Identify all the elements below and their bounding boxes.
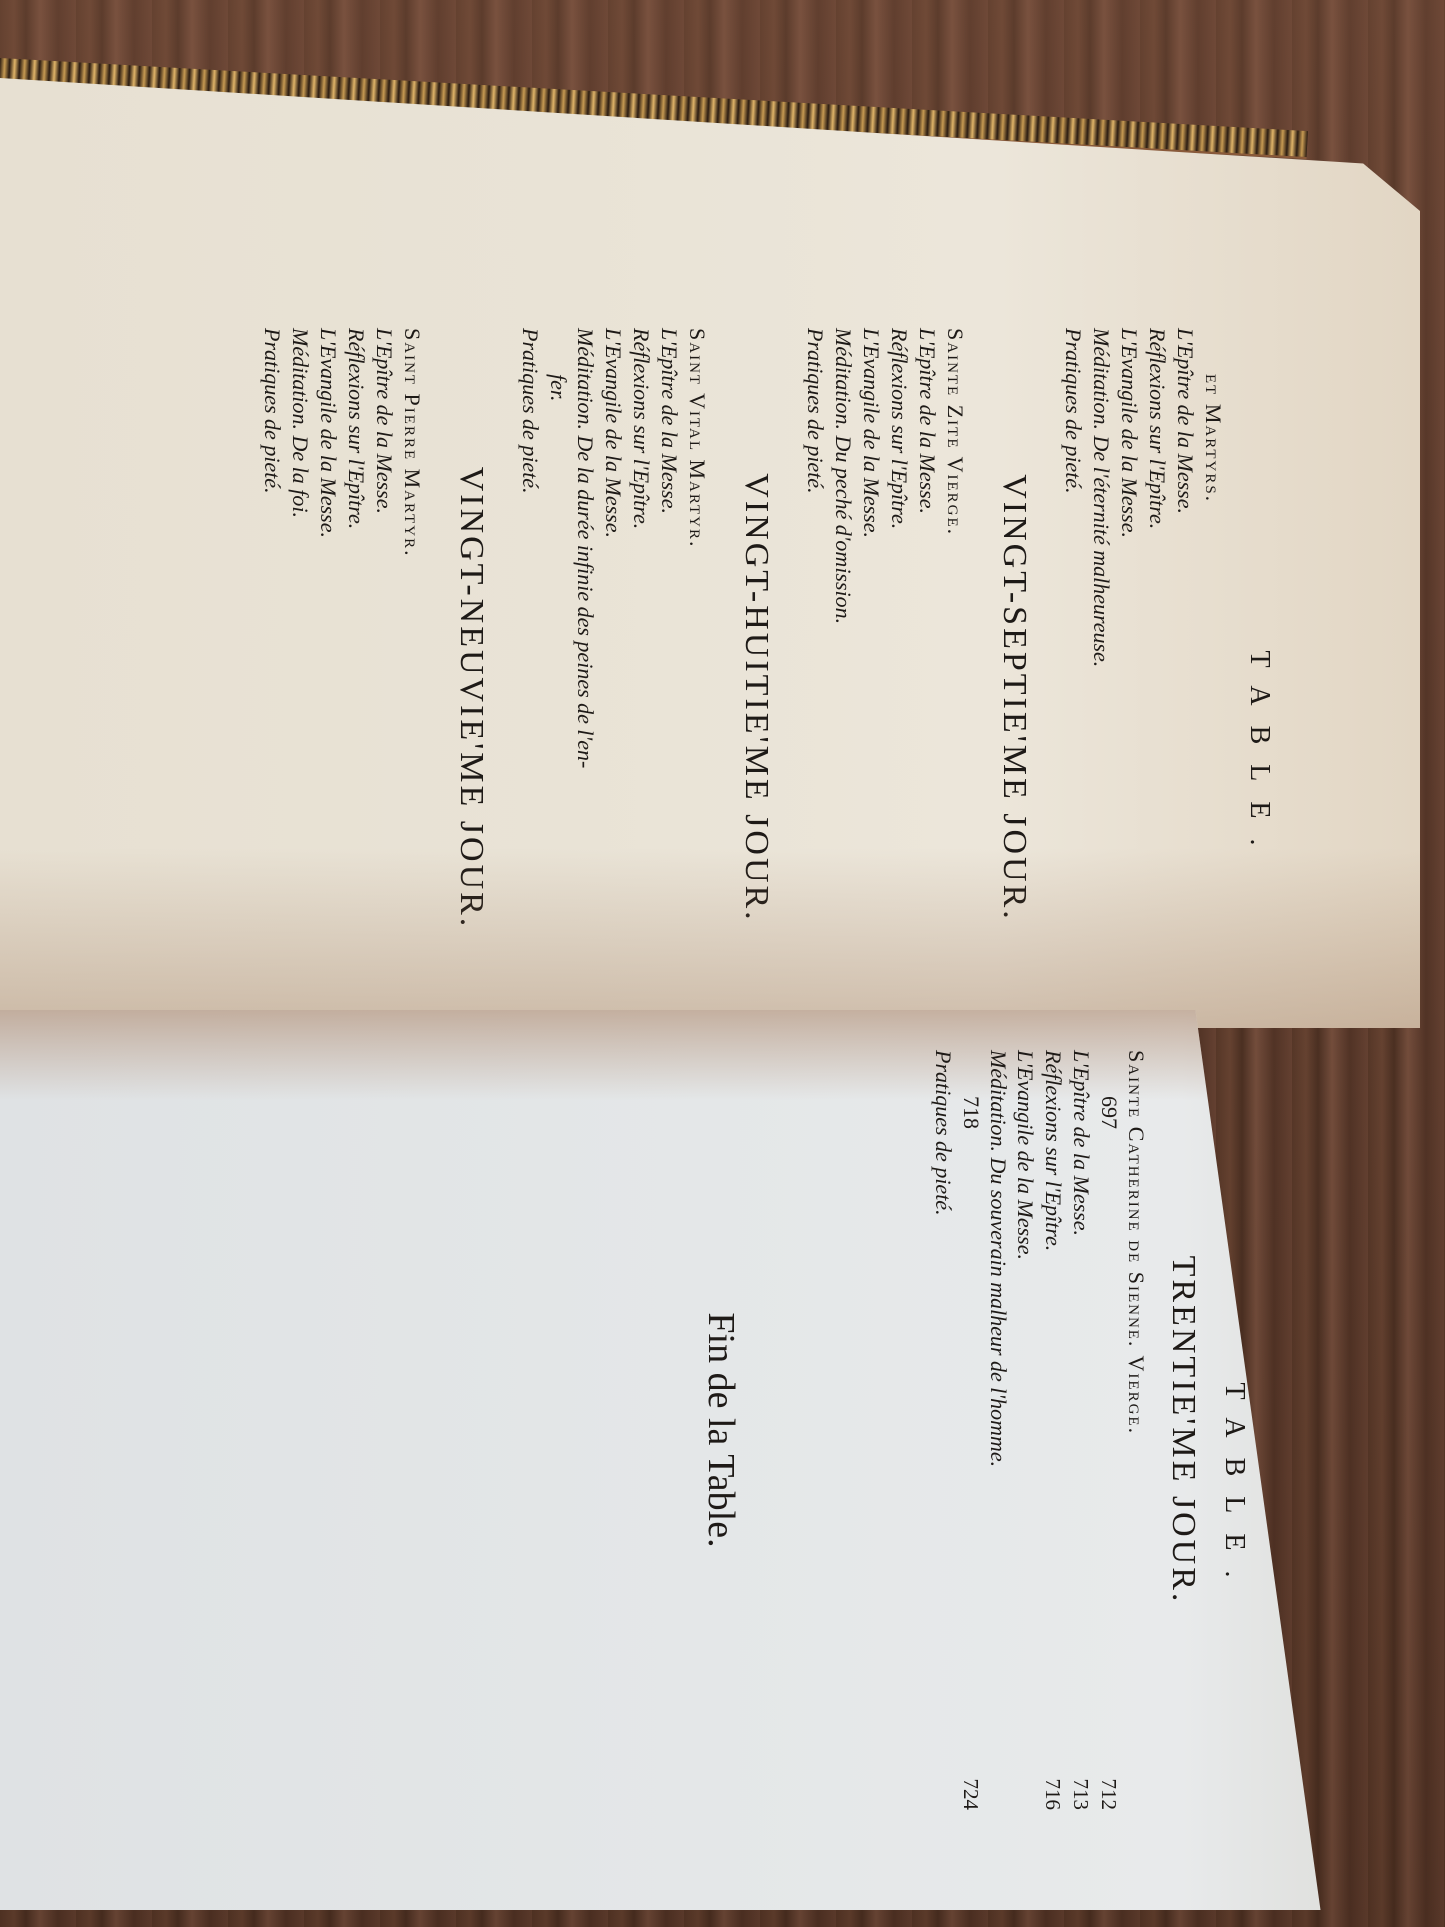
entry-row: Pratiques de pieté. 619 xyxy=(1059,328,1087,1028)
entry-label: Réflexions sur l'Epître. xyxy=(1144,328,1171,1008)
right-page: TABLE. TRENTIE'ME JOUR. Sainte Catherine… xyxy=(0,1010,1390,1910)
page-number: 713 xyxy=(1067,1750,1094,1810)
day-heading-28: VINGT-HUITIE'ME JOUR. xyxy=(737,328,775,1028)
section-title: et Martyrs. xyxy=(1200,328,1227,1008)
entry-label: Réflexions sur l'Epître. xyxy=(1040,1050,1067,1750)
fin-de-la-table: Fin de la Table. xyxy=(707,1312,734,1547)
section-day-28: Saint Vital Martyr. 649 L'Epître de la M… xyxy=(516,328,711,1028)
entry-label: L'Epître de la Messe. xyxy=(1068,1050,1095,1750)
section-day-30: Sainte Catherine de Sienne. Vierge. 697 … xyxy=(930,1050,1150,1810)
entry-row: Méditation. De l'éternité malheureuse. 6… xyxy=(1087,328,1115,1028)
entry-label: L'Epître de la Messe. xyxy=(914,328,941,1008)
entry-row: L'Epître de la Messe. 608 xyxy=(1171,328,1199,1028)
entry-label: Réflexions sur l'Epître. xyxy=(343,328,370,1008)
entry-row: Méditation. De la durée infinie des pein… xyxy=(572,328,599,1028)
entry-row: Réflexions sur l'Epître. 609 xyxy=(1143,328,1171,1028)
entry-label: L'Evangile de la Messe. xyxy=(315,328,342,1008)
section-day-29: Saint Pierre Martyr. 670 L'Epître de la … xyxy=(258,328,426,1028)
day-heading-29: VINGT-NEUVIE'ME JOUR. xyxy=(452,328,490,1028)
saint-name: Sainte Zite Vierge. xyxy=(942,328,969,1008)
day-heading-30: TRENTIE'ME JOUR. xyxy=(1164,1050,1202,1810)
entry-row: Méditation. De la foi. 688 xyxy=(286,328,314,1028)
entry-row: Pratiques de pieté. xyxy=(930,1050,957,1810)
entry-label: Méditation. Du peché d'omission. xyxy=(830,328,857,1008)
entry-label: Méditation. Du souverain malheur de l'ho… xyxy=(985,1050,1012,1750)
entry-row: L'Epître de la Messe. 713 xyxy=(1067,1050,1095,1810)
entry-row: L'Epître de la Messe. 655 xyxy=(655,328,683,1028)
entry-row: L'Evangile de la Messe. xyxy=(1012,1050,1039,1810)
entry-row: Saint Pierre Martyr. 670 xyxy=(398,328,426,1028)
entry-label: Réflexions sur l'Epître. xyxy=(628,328,655,1008)
entry-label: Pratiques de pieté. xyxy=(517,328,544,1008)
saint-name: Sainte Catherine de Sienne. Vierge. xyxy=(1123,1050,1150,1750)
entry-label: Pratiques de pieté. xyxy=(259,328,286,1008)
entry-label: fer. xyxy=(545,328,572,1008)
running-head-left: TABLE. xyxy=(1243,448,1275,1028)
section-day-27: Sainte Zite Vierge. 623 L'Epître de la M… xyxy=(801,328,969,1028)
entry-label: L'Evangile de la Messe. xyxy=(600,328,627,1008)
entry-row: Réflexions sur l'Epître. 657 xyxy=(627,328,655,1028)
entry-row: Saint Vital Martyr. 649 xyxy=(683,328,711,1028)
left-page: TABLE. et Martyrs. 606 L'Epître de la Me… xyxy=(0,78,1420,1028)
page-number: 712 xyxy=(1095,1750,1122,1810)
entry-label: Méditation. De la durée infinie des pein… xyxy=(572,328,599,1008)
entry-row: L'Epître de la Messe. 635 xyxy=(913,328,941,1028)
entry-label: Pratiques de pieté. xyxy=(930,1050,957,1750)
entry-row: L'Evangile de la Messe. 638 xyxy=(857,328,885,1028)
entry-row: fer. 661 xyxy=(544,328,572,1028)
entry-row: 718 724 xyxy=(957,1050,985,1810)
entry-label: L'Evangile de la Messe. xyxy=(1012,1050,1039,1750)
page-number: 716 xyxy=(1039,1750,1066,1810)
saint-name: Saint Pierre Martyr. xyxy=(399,328,426,1008)
entry-row: Réflexions sur l'Epître. 636 xyxy=(885,328,913,1028)
entry-row: Méditation. Du peché d'omission. 640 xyxy=(829,328,857,1028)
entry-row: L'Evangile de la Messe. 687 xyxy=(314,328,342,1028)
entry-label: L'Evangile de la Messe. xyxy=(858,328,885,1008)
day-heading-27: VINGT-SEPTIE'ME JOUR. xyxy=(995,328,1033,1028)
page-number: 724 xyxy=(957,1750,984,1810)
entry-row: L'Evangile de la Messe. 612 xyxy=(1115,328,1143,1028)
entry-label: Réflexions sur l'Epître. xyxy=(886,328,913,1008)
entry-row: L'Evangile de la Messe. 659 xyxy=(599,328,627,1028)
right-page-text-frame: TABLE. TRENTIE'ME JOUR. Sainte Catherine… xyxy=(630,1050,1250,1810)
entry-row: Réflexions sur l'Epître. 684 xyxy=(342,328,370,1028)
entry-row: 697 712 xyxy=(1095,1050,1123,1810)
entry-row: L'Epître de la Messe. 682 xyxy=(370,328,398,1028)
entry-row: Pratiques de pieté. 646 xyxy=(801,328,829,1028)
entry-label: Méditation. De l'éternité malheureuse. xyxy=(1088,328,1115,1008)
entry-label: L'Evangile de la Messe. xyxy=(1116,328,1143,1008)
entry-row: et Martyrs. 606 xyxy=(1199,328,1227,1028)
entry-row: Pratiques de pieté. 694 xyxy=(258,328,286,1028)
entry-label: L'Epître de la Messe. xyxy=(1172,328,1199,1008)
left-page-text-frame: TABLE. et Martyrs. 606 L'Epître de la Me… xyxy=(0,328,1275,1028)
section-et-martyrs: et Martyrs. 606 L'Epître de la Messe. 60… xyxy=(1059,328,1227,1028)
entry-row: Réflexions sur l'Epître. 716 xyxy=(1039,1050,1067,1810)
entry-label: Méditation. De la foi. xyxy=(287,328,314,1008)
page-number: 606 xyxy=(1199,1008,1226,1028)
saint-name: Saint Vital Martyr. xyxy=(684,328,711,1008)
entry-label: Pratiques de pieté. xyxy=(1060,328,1087,1008)
entry-row: Sainte Zite Vierge. 623 xyxy=(941,328,969,1028)
spacer xyxy=(734,1050,924,1810)
entry-label: L'Epître de la Messe. xyxy=(371,328,398,1008)
entry-label: L'Epître de la Messe. xyxy=(656,328,683,1008)
entry-row: Sainte Catherine de Sienne. Vierge. xyxy=(1123,1050,1150,1810)
entry-label: 718 xyxy=(958,1050,985,1750)
entry-row: Méditation. Du souverain malheur de l'ho… xyxy=(985,1050,1012,1810)
saint-page-number: 697 xyxy=(1096,1050,1123,1750)
entry-label: Pratiques de pieté. xyxy=(802,328,829,1008)
entry-row: Pratiques de pieté. 668 xyxy=(516,328,544,1028)
closing-row: Fin de la Table. xyxy=(707,1050,734,1810)
